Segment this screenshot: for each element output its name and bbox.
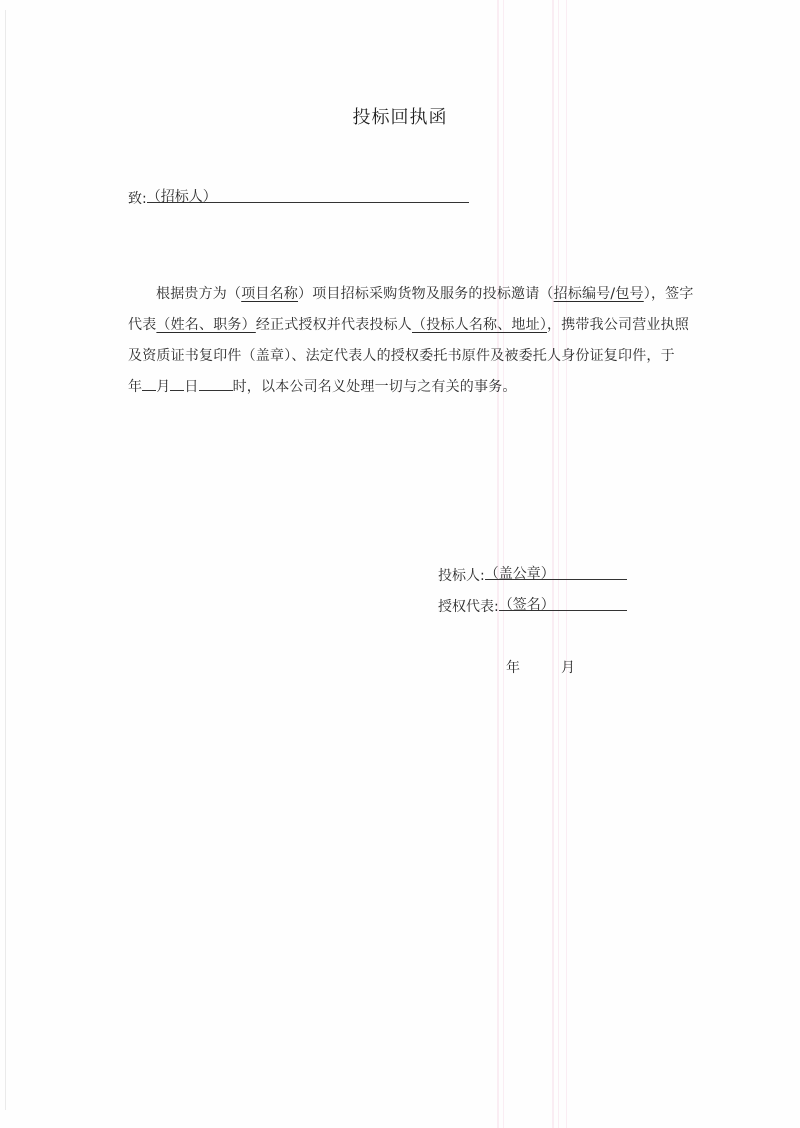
- month-label: 月: [156, 379, 170, 395]
- scan-edge: [5, 10, 6, 1110]
- representative-sign-placeholder: （签名）: [499, 594, 555, 614]
- body-line-3: 及资质证书复印件（盖章）、法定代表人的授权委托书原件及被委托人身份证复印件，于: [128, 345, 675, 365]
- text: ），签字: [644, 286, 694, 302]
- document-page: 投标回执函 致:（招标人） 根据贵方为（项目名称）项目招标采购货物及服务的投标邀…: [0, 0, 800, 1128]
- bidder-seal-placeholder: （盖公章）: [485, 563, 555, 583]
- representative-signature-line: 授权代表:（签名）: [438, 596, 627, 616]
- text: ，携带我公司营业执照: [547, 317, 689, 333]
- bidder-label: 投标人:: [438, 568, 485, 584]
- hour-blank: [199, 376, 233, 391]
- scan-streak: [566, 0, 567, 1128]
- bidder-info-field: （投标人名称、地址）: [412, 317, 547, 333]
- text: 代表: [128, 317, 156, 333]
- month-blank: [142, 376, 156, 391]
- bidder-signature-line: 投标人:（盖公章）: [438, 565, 627, 585]
- text: 经正式授权并代表投标人: [256, 317, 412, 333]
- representative-label: 授权代表:: [438, 599, 499, 615]
- project-name-field: 项目名称: [241, 286, 298, 302]
- representative-field: （姓名、职务）: [156, 317, 255, 333]
- text: 时，以本公司名义处理一切与之有关的事务。: [233, 379, 517, 395]
- year-label: 年: [128, 379, 142, 395]
- to-label: 致:: [128, 191, 147, 207]
- day-label: 日: [184, 379, 198, 395]
- date-year-label: 年: [506, 657, 520, 677]
- recipient-placeholder: （招标人）: [147, 186, 217, 206]
- body-line-2: 代表（姓名、职务）经正式授权并代表投标人（投标人名称、地址），携带我公司营业执照: [128, 314, 689, 334]
- representative-sign-field: （签名）: [499, 596, 627, 611]
- bidder-seal-field: （盖公章）: [485, 565, 627, 580]
- page-title: 投标回执函: [0, 103, 800, 129]
- text: ）项目招标采购货物及服务的投标邀请（: [298, 286, 554, 302]
- body-line-4: 年月日时，以本公司名义处理一切与之有关的事务。: [128, 376, 517, 396]
- scan-streak: [558, 0, 559, 1128]
- date-month-label: 月: [561, 657, 575, 677]
- tender-number-field: 招标编号/包号: [554, 286, 644, 302]
- body-line-1: 根据贵方为（项目名称）项目招标采购货物及服务的投标邀请（招标编号/包号），签字: [156, 283, 694, 303]
- text: 根据贵方为（: [156, 286, 241, 302]
- recipient-field: （招标人）: [147, 188, 469, 203]
- recipient-line: 致:（招标人）: [128, 188, 469, 208]
- day-blank: [170, 376, 184, 391]
